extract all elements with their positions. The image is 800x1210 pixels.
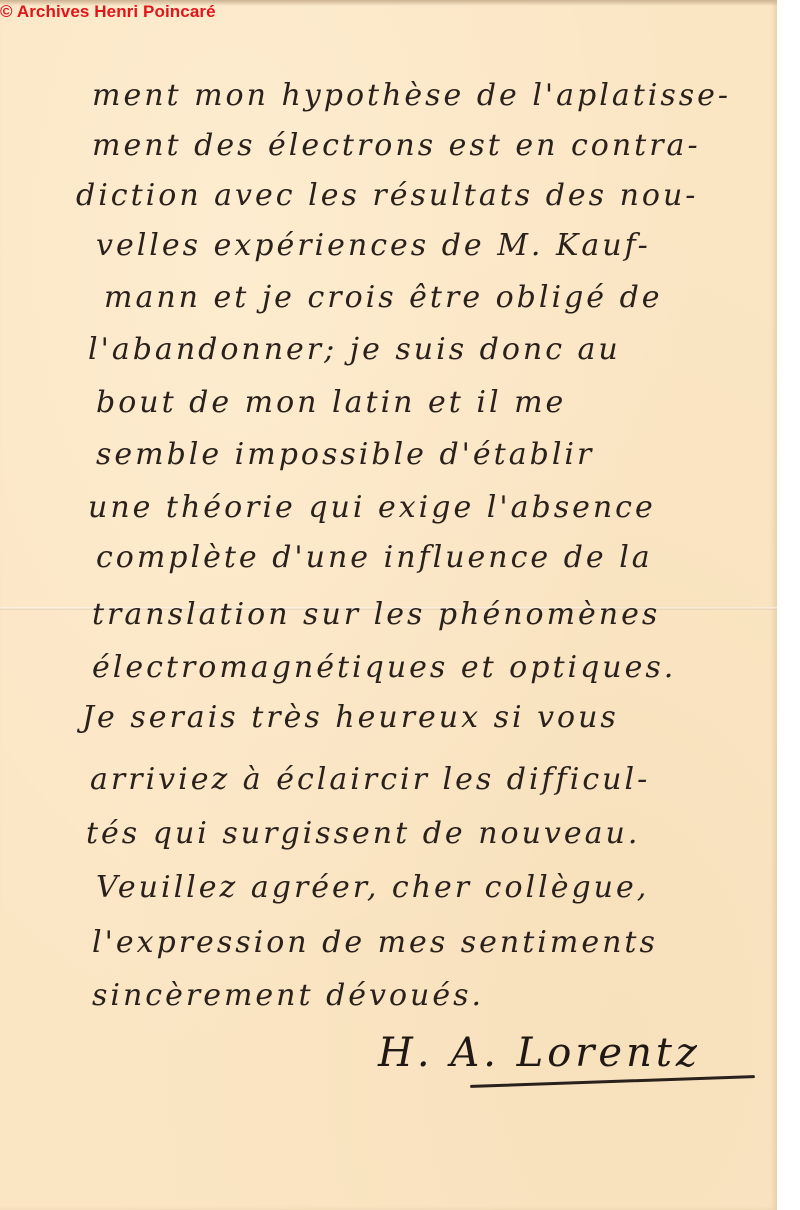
letter-line: une théorie qui exige l'absence bbox=[88, 490, 656, 525]
letter-line: complète d'une influence de la bbox=[96, 540, 653, 575]
letter-line: semble impossible d'établir bbox=[96, 437, 594, 472]
copyright-watermark: © Archives Henri Poincaré bbox=[0, 2, 216, 22]
letter-page: ment mon hypothèse de l'aplatisse- ment … bbox=[0, 0, 777, 1210]
letter-line: arriviez à éclaircir les difficul- bbox=[90, 762, 650, 797]
letter-line: ment mon hypothèse de l'aplatisse- bbox=[92, 78, 731, 113]
letter-line: sincèrement dévoués. bbox=[92, 978, 484, 1013]
letter-line: bout de mon latin et il me bbox=[96, 385, 566, 420]
letter-line: l'abandonner; je suis donc au bbox=[88, 332, 621, 367]
letter-line: mann et je crois être obligé de bbox=[104, 280, 663, 315]
letter-line: tés qui surgissent de nouveau. bbox=[86, 816, 640, 851]
letter-line: Je serais très heureux si vous bbox=[82, 700, 619, 735]
letter-line: Veuillez agréer, cher collègue, bbox=[96, 870, 649, 905]
letter-line: l'expression de mes sentiments bbox=[92, 925, 658, 960]
letter-line: ment des électrons est en contra- bbox=[92, 128, 701, 163]
signature: H. A. Lorentz bbox=[378, 1030, 701, 1076]
letter-line: diction avec les résultats des nou- bbox=[76, 178, 698, 213]
letter-line: velles expériences de M. Kauf- bbox=[96, 228, 651, 263]
letter-line: électromagnétiques et optiques. bbox=[92, 650, 676, 685]
signature-underline bbox=[470, 1075, 755, 1088]
letter-line: translation sur les phénomènes bbox=[92, 597, 660, 632]
